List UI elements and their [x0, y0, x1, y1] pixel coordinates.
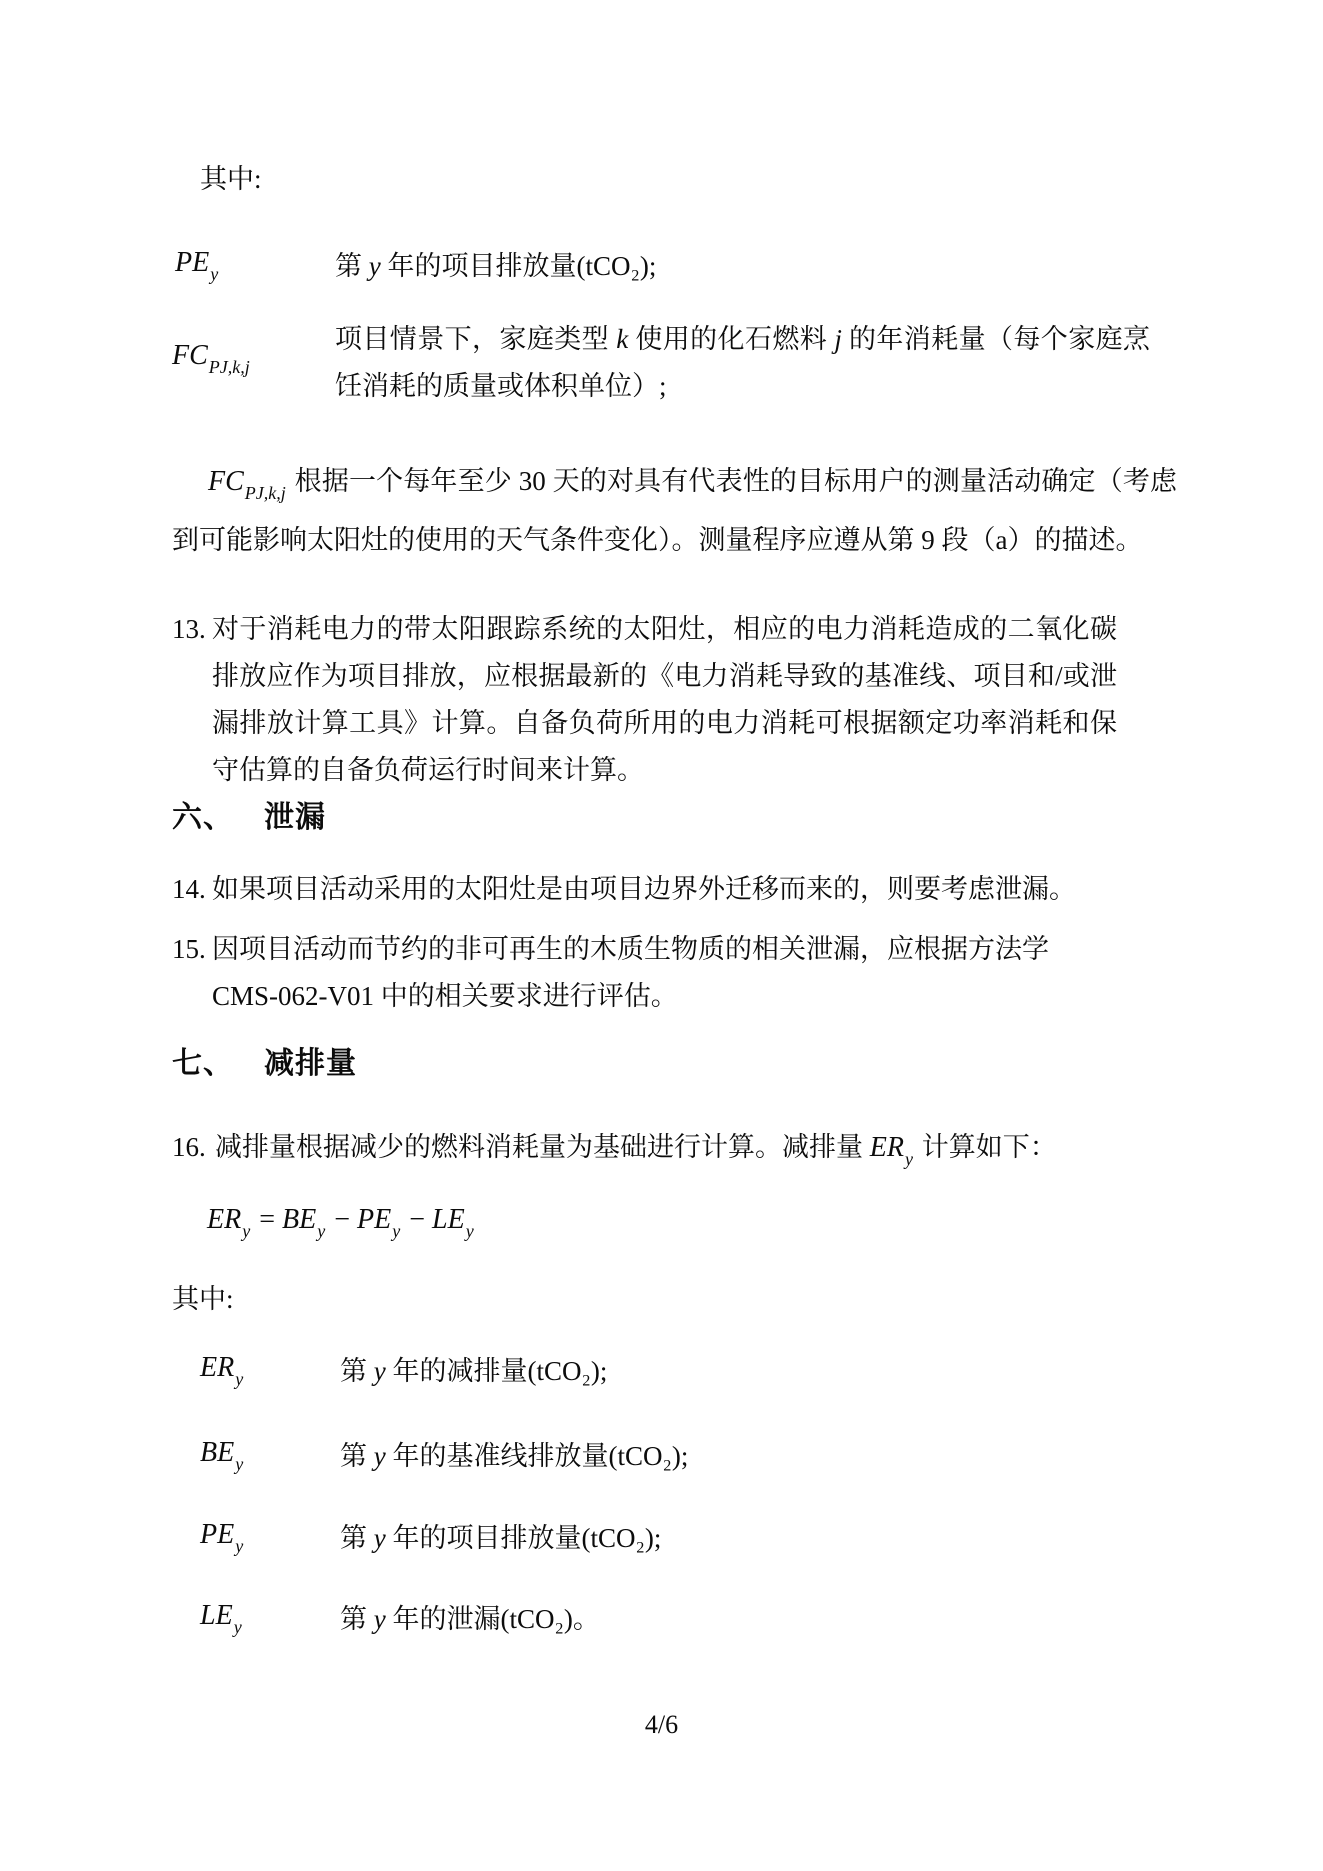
document-page: 其中: PEy 第 y 年的项目排放量(tCO₂); FCPJ,k,j 项目情景… — [0, 0, 1323, 1871]
inline-term-fc: FCPJ,k,j — [208, 466, 288, 497]
desc-variable: y — [374, 1356, 386, 1386]
term-base: FC — [172, 340, 208, 371]
minus-sign: − — [327, 1204, 357, 1235]
section-number: 七、 — [172, 1047, 234, 1080]
paragraph-14-text: 如果项目活动采用的太阳灶是由项目边界外迁移而来的，则要考虑泄漏。 — [212, 866, 1172, 913]
term-subscript: PJ,k,j — [245, 483, 286, 503]
definition-desc-er: 第 y 年的减排量(tCO₂); — [340, 1352, 607, 1390]
section-heading-emission-reduction: 七、减排量 — [172, 1038, 357, 1082]
footer-page-number: 4/6 — [0, 1710, 1323, 1740]
definition-term-er: ERy — [200, 1352, 245, 1390]
term-subscript: PJ,k,j — [209, 357, 250, 377]
paragraph-text: 减排量根据减少的燃料消耗量为基础进行计算。减排量 — [215, 1132, 870, 1162]
formula-term-pe: PE — [357, 1204, 391, 1235]
desc-variable-j: j — [834, 324, 842, 354]
paragraph-13-number: 13. — [172, 606, 206, 653]
formula-term-le: LE — [432, 1204, 465, 1235]
paragraph-13-text: 对于消耗电力的带太阳跟踪系统的太阳灶，相应的电力消耗造成的二氧化碳排放应作为项目… — [212, 606, 1117, 794]
term-subscript: y — [235, 1369, 243, 1389]
desc-text: 第 — [335, 251, 369, 281]
definition-desc-fc: 项目情景下，家庭类型 k 使用的化石燃料 j 的年消耗量（每个家庭烹饪消耗的质量… — [335, 316, 1150, 410]
term-base: PE — [200, 1519, 234, 1550]
desc-text: 第 — [340, 1604, 374, 1634]
desc-text: 年的项目排放量(tCO₂); — [386, 1523, 662, 1553]
paragraph-text: 计算如下： — [915, 1132, 1057, 1162]
where-label-top: 其中: — [200, 160, 262, 198]
term-subscript: y — [242, 1221, 250, 1241]
definition-desc-pe-bottom: 第 y 年的项目排放量(tCO₂); — [340, 1519, 661, 1557]
paragraph-text: 根据一个每年至少 30 天的对具有代表性的目标用户的测量活动确定（考虑到可能影响… — [172, 466, 1177, 555]
paragraph-15-number: 15. — [172, 926, 206, 973]
desc-text: 第 — [340, 1356, 374, 1386]
desc-text: 第 — [340, 1523, 374, 1553]
term-subscript: y — [235, 1454, 243, 1474]
desc-variable: y — [374, 1523, 386, 1553]
desc-variable: y — [369, 251, 381, 281]
term-subscript: y — [905, 1149, 913, 1169]
term-base: ER — [200, 1352, 234, 1383]
desc-text: 年的减排量(tCO₂); — [386, 1356, 608, 1386]
definition-term-le: LEy — [200, 1600, 244, 1638]
term-base: FC — [208, 466, 244, 497]
desc-text: 年的泄漏(tCO₂)。 — [386, 1604, 600, 1634]
term-base: ER — [870, 1132, 904, 1163]
paragraph-15-text: 因项目活动而节约的非可再生的木质生物质的相关泄漏，应根据方法学 CMS-062-… — [212, 926, 1117, 1020]
term-subscript: y — [235, 1536, 243, 1556]
equals-sign: = — [252, 1204, 282, 1235]
term-base: PE — [175, 247, 209, 278]
desc-text: 年的基准线排放量(tCO₂); — [386, 1441, 689, 1471]
paragraph-fc-measurement: FCPJ,k,j 根据一个每年至少 30 天的对具有代表性的目标用户的测量活动确… — [172, 458, 1177, 564]
desc-variable: y — [374, 1604, 386, 1634]
section-title: 减排量 — [264, 1047, 357, 1080]
formula-term-er: ER — [207, 1204, 241, 1235]
paragraph-16-number: 16. — [172, 1124, 206, 1171]
formula-term-be: BE — [282, 1204, 316, 1235]
emission-reduction-formula: ERy = BEy − PEy − LEy — [207, 1200, 476, 1251]
desc-variable-k: k — [616, 324, 628, 354]
definition-desc-be: 第 y 年的基准线排放量(tCO₂); — [340, 1437, 688, 1475]
minus-sign: − — [402, 1204, 432, 1235]
paragraph-16-text: 减排量根据减少的燃料消耗量为基础进行计算。减排量 ERy 计算如下： — [215, 1124, 1175, 1183]
section-number: 六、 — [172, 801, 234, 834]
term-subscript: y — [466, 1221, 474, 1241]
desc-text: 第 — [340, 1441, 374, 1471]
desc-text: 项目情景下，家庭类型 — [335, 324, 616, 354]
definition-term-fc: FCPJ,k,j — [172, 340, 252, 378]
term-subscript: y — [210, 264, 218, 284]
desc-variable: y — [374, 1441, 386, 1471]
term-base: LE — [200, 1600, 233, 1631]
definition-desc-pe-top: 第 y 年的项目排放量(tCO₂); — [335, 247, 656, 285]
paragraph-14-number: 14. — [172, 866, 206, 913]
definition-desc-le: 第 y 年的泄漏(tCO₂)。 — [340, 1600, 600, 1638]
desc-text: 年的项目排放量(tCO₂); — [381, 251, 657, 281]
section-heading-leakage: 六、泄漏 — [172, 792, 326, 836]
inline-term-er: ERy — [870, 1132, 915, 1163]
definition-term-pe-top: PEy — [175, 247, 220, 285]
section-title: 泄漏 — [264, 801, 326, 834]
term-subscript: y — [234, 1617, 242, 1637]
term-subscript: y — [317, 1221, 325, 1241]
definition-term-pe-bottom: PEy — [200, 1519, 245, 1557]
where-label-bottom: 其中: — [172, 1280, 234, 1318]
desc-text: 使用的化石燃料 — [628, 324, 834, 354]
term-base: BE — [200, 1437, 234, 1468]
definition-term-be: BEy — [200, 1437, 245, 1475]
term-subscript: y — [392, 1221, 400, 1241]
